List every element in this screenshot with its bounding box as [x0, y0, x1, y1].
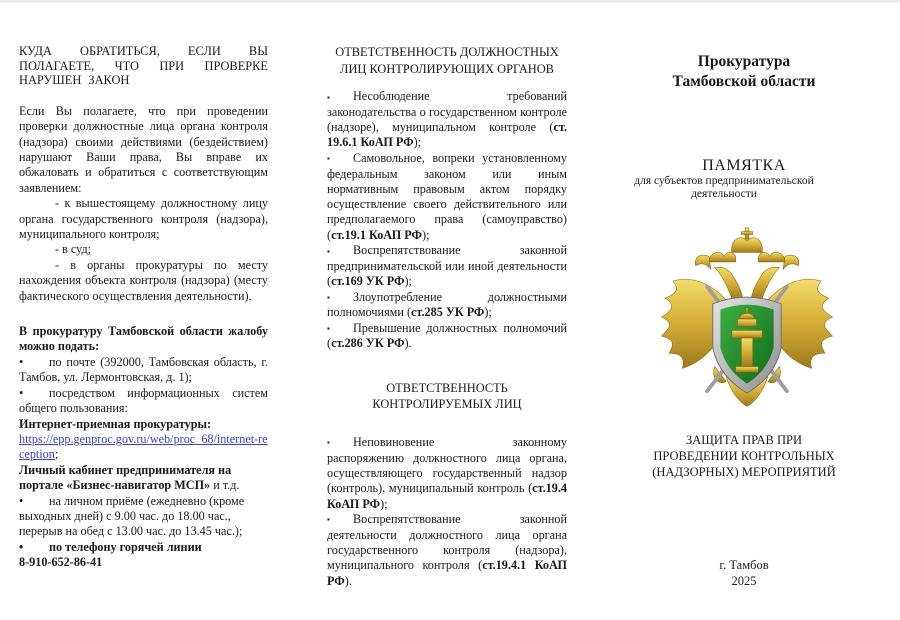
document-subtitle: для субъектов предпринимательской деятел… [564, 175, 884, 201]
square-bullet-icon: ▪ [327, 321, 353, 336]
brochure-page: КУДА ОБРАТИТЬСЯ, ЕСЛИ ВЫ ПОЛАГАЕТЕ, ЧТО … [0, 0, 900, 620]
law-article-reference: ст.19.1 КоАП РФ [331, 228, 422, 242]
organization-name: Прокуратура Тамбовской области [604, 52, 884, 92]
bullet-icon: • [19, 386, 49, 401]
bullet-icon: • [19, 494, 49, 509]
liability-item: ▪Несоблюдение требований законодательств… [327, 89, 567, 151]
hotline-phone: 8-910-652-86-41 [19, 555, 268, 570]
law-article-reference: ст.285 УК РФ [411, 305, 484, 319]
prosecutor-office-emblem-icon [652, 224, 842, 414]
liability-item: ▪Воспрепятствование законной деятельност… [327, 512, 567, 589]
square-bullet-icon: ▪ [327, 244, 353, 259]
document-type: ПАМЯТКА [604, 157, 884, 175]
place-and-year: г. Тамбов 2025 [604, 558, 884, 589]
city: г. Тамбов [604, 558, 884, 574]
option-court: - в суд; [19, 242, 268, 257]
option-prosecutor: - в органы прокуратуры по месту нахожден… [19, 258, 268, 304]
liability-item: ▪Самовольное, вопреки установленному фед… [327, 151, 567, 243]
square-bullet-icon: ▪ [327, 90, 353, 105]
bullet-info-systems: •посредством информационных систем общег… [19, 386, 268, 417]
left-column: КУДА ОБРАТИТЬСЯ, ЕСЛИ ВЫ ПОЛАГАЕТЕ, ЧТО … [19, 44, 268, 571]
square-bullet-icon: ▪ [327, 435, 353, 450]
liability-item: ▪Злоупотребление должностными полномочия… [327, 290, 567, 321]
controlled-persons-liability-heading: ОТВЕТСТВЕННОСТЬ КОНТРОЛИРУЕМЫХ ЛИЦ [327, 380, 567, 413]
officials-liability-heading: ОТВЕТСТВЕННОСТЬ ДОЛЖНОСТНЫХ ЛИЦ КОНТРОЛИ… [327, 44, 567, 77]
bullet-icon: • [19, 355, 49, 370]
liability-item: ▪Неповиновение законному распоряжению до… [327, 435, 567, 512]
business-navigator-row: Личный кабинет предпринимателя на портал… [19, 463, 268, 494]
bullet-hotline: •по телефону горячей линии [19, 540, 268, 555]
officials-liability-list: ▪Несоблюдение требований законодательств… [327, 89, 567, 352]
square-bullet-icon: ▪ [327, 290, 353, 305]
law-article-reference: ст.169 УК РФ [331, 274, 404, 288]
controlled-persons-liability-list: ▪Неповиновение законному распоряжению до… [327, 435, 567, 589]
bullet-icon: • [19, 540, 49, 555]
internet-reception-row: https://epp.genproc.gov.ru/web/proc_68/i… [19, 432, 268, 463]
brochure-title: ЗАЩИТА ПРАВ ПРИ ПРОВЕДЕНИИ КОНТРОЛЬНЫХ (… [604, 432, 884, 480]
liability-item: ▪Воспрепятствование законной предпринима… [327, 243, 567, 289]
law-article-reference: ст.286 УК РФ [331, 336, 404, 350]
year: 2025 [604, 574, 884, 590]
intro-paragraph: Если Вы полагаете, что при проведении пр… [19, 104, 268, 196]
liability-item: ▪Превышение должностных полномочий (ст.2… [327, 321, 567, 352]
internet-reception-label: Интернет-приемная прокуратуры: [19, 417, 268, 432]
square-bullet-icon: ▪ [327, 512, 353, 527]
square-bullet-icon: ▪ [327, 151, 353, 166]
bullet-post: •по почте (392000, Тамбовская область, г… [19, 355, 268, 386]
bullet-personal-reception: •на личном приёме (ежедневно (кроме выхо… [19, 494, 268, 540]
complaint-heading: В прокуратуру Тамбовской области жалобу … [19, 324, 268, 355]
cover-column: Прокуратура Тамбовской области ПАМЯТКА д… [604, 44, 884, 604]
where-to-complain-heading: КУДА ОБРАТИТЬСЯ, ЕСЛИ ВЫ ПОЛАГАЕТЕ, ЧТО … [19, 44, 268, 88]
middle-column: ОТВЕТСТВЕННОСТЬ ДОЛЖНОСТНЫХ ЛИЦ КОНТРОЛИ… [327, 44, 567, 589]
option-superior-official: - к вышестоящему должностному лицу орган… [19, 196, 268, 242]
